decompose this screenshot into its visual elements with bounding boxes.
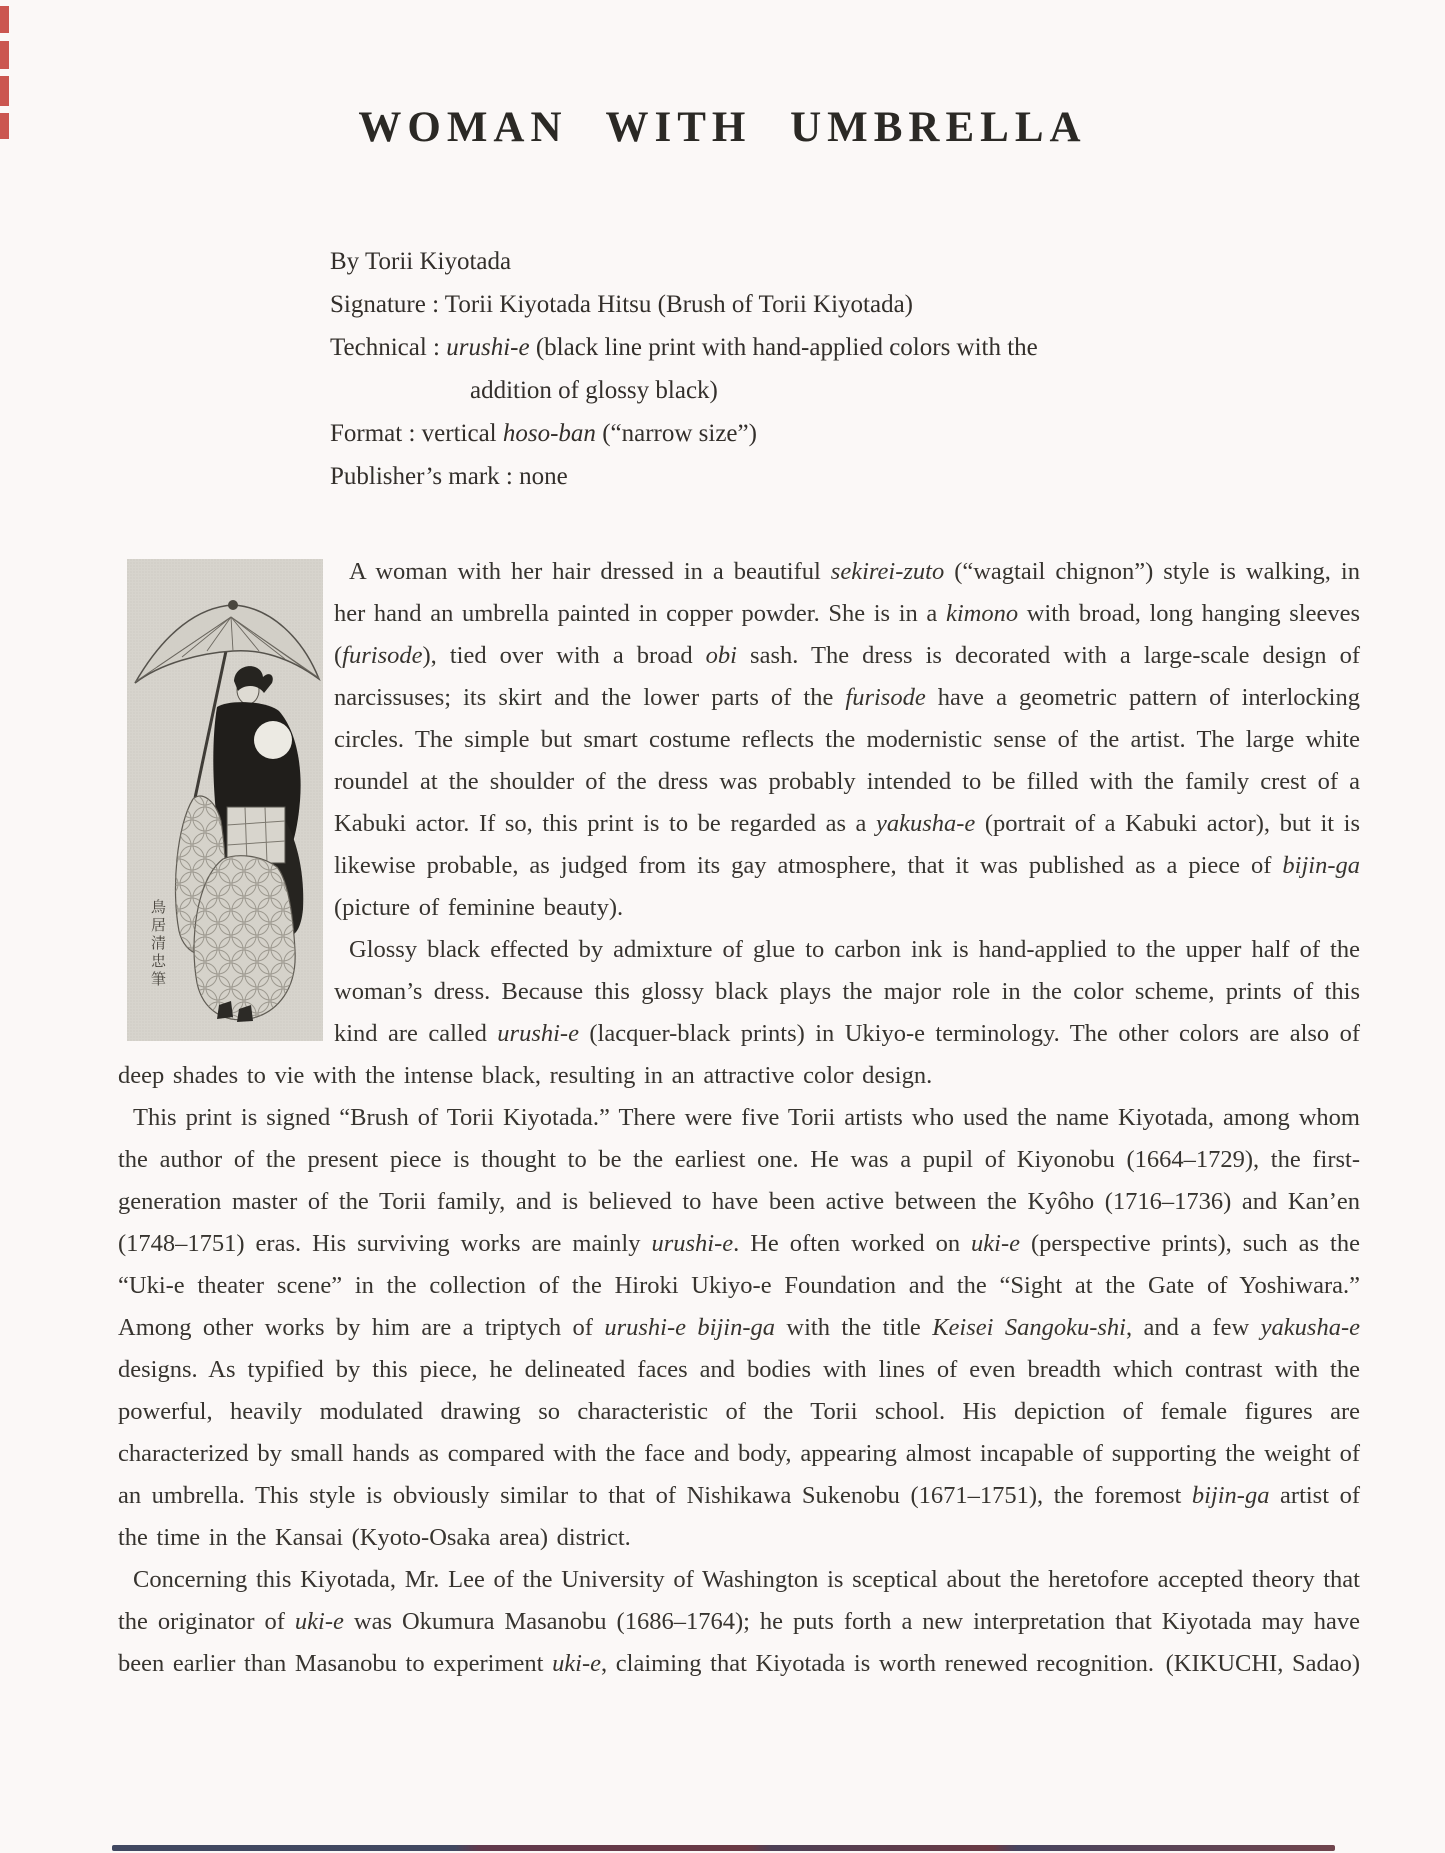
scanned-page: WOMAN WITH UMBRELLA By Torii Kiyotada Si… xyxy=(0,0,1445,1853)
body-paragraph-3: This print is signed “Brush of Torii Kiy… xyxy=(118,1097,1360,1559)
metadata-line-by: By Torii Kiyotada xyxy=(330,240,1325,283)
scan-artifact-red-mark-3 xyxy=(0,76,9,106)
page-title: WOMAN WITH UMBRELLA xyxy=(0,103,1445,152)
metadata-line-technical-continued: addition of glossy black) xyxy=(330,369,1325,412)
woodblock-print-figure: 鳥居清忠筆 xyxy=(118,559,334,1043)
scan-artifact-bottom-strip xyxy=(112,1845,1335,1851)
metadata-line-publishers-mark: Publisher’s mark : none xyxy=(330,455,1325,498)
metadata-line-technical: Technical : urushi-e (black line print w… xyxy=(330,326,1325,369)
metadata-block: By Torii Kiyotada Signature : Torii Kiyo… xyxy=(330,240,1325,498)
metadata-line-format: Format : vertical hoso-ban (“narrow size… xyxy=(330,412,1325,455)
print-signature-vertical: 鳥居清忠筆 xyxy=(137,899,179,989)
metadata-line-signature: Signature : Torii Kiyotada Hitsu (Brush … xyxy=(330,283,1325,326)
article-body: 鳥居清忠筆 A woman with her hair dressed in a… xyxy=(118,551,1360,1685)
scan-artifact-red-mark-2 xyxy=(0,41,9,69)
scan-artifact-red-mark-1 xyxy=(0,6,9,33)
